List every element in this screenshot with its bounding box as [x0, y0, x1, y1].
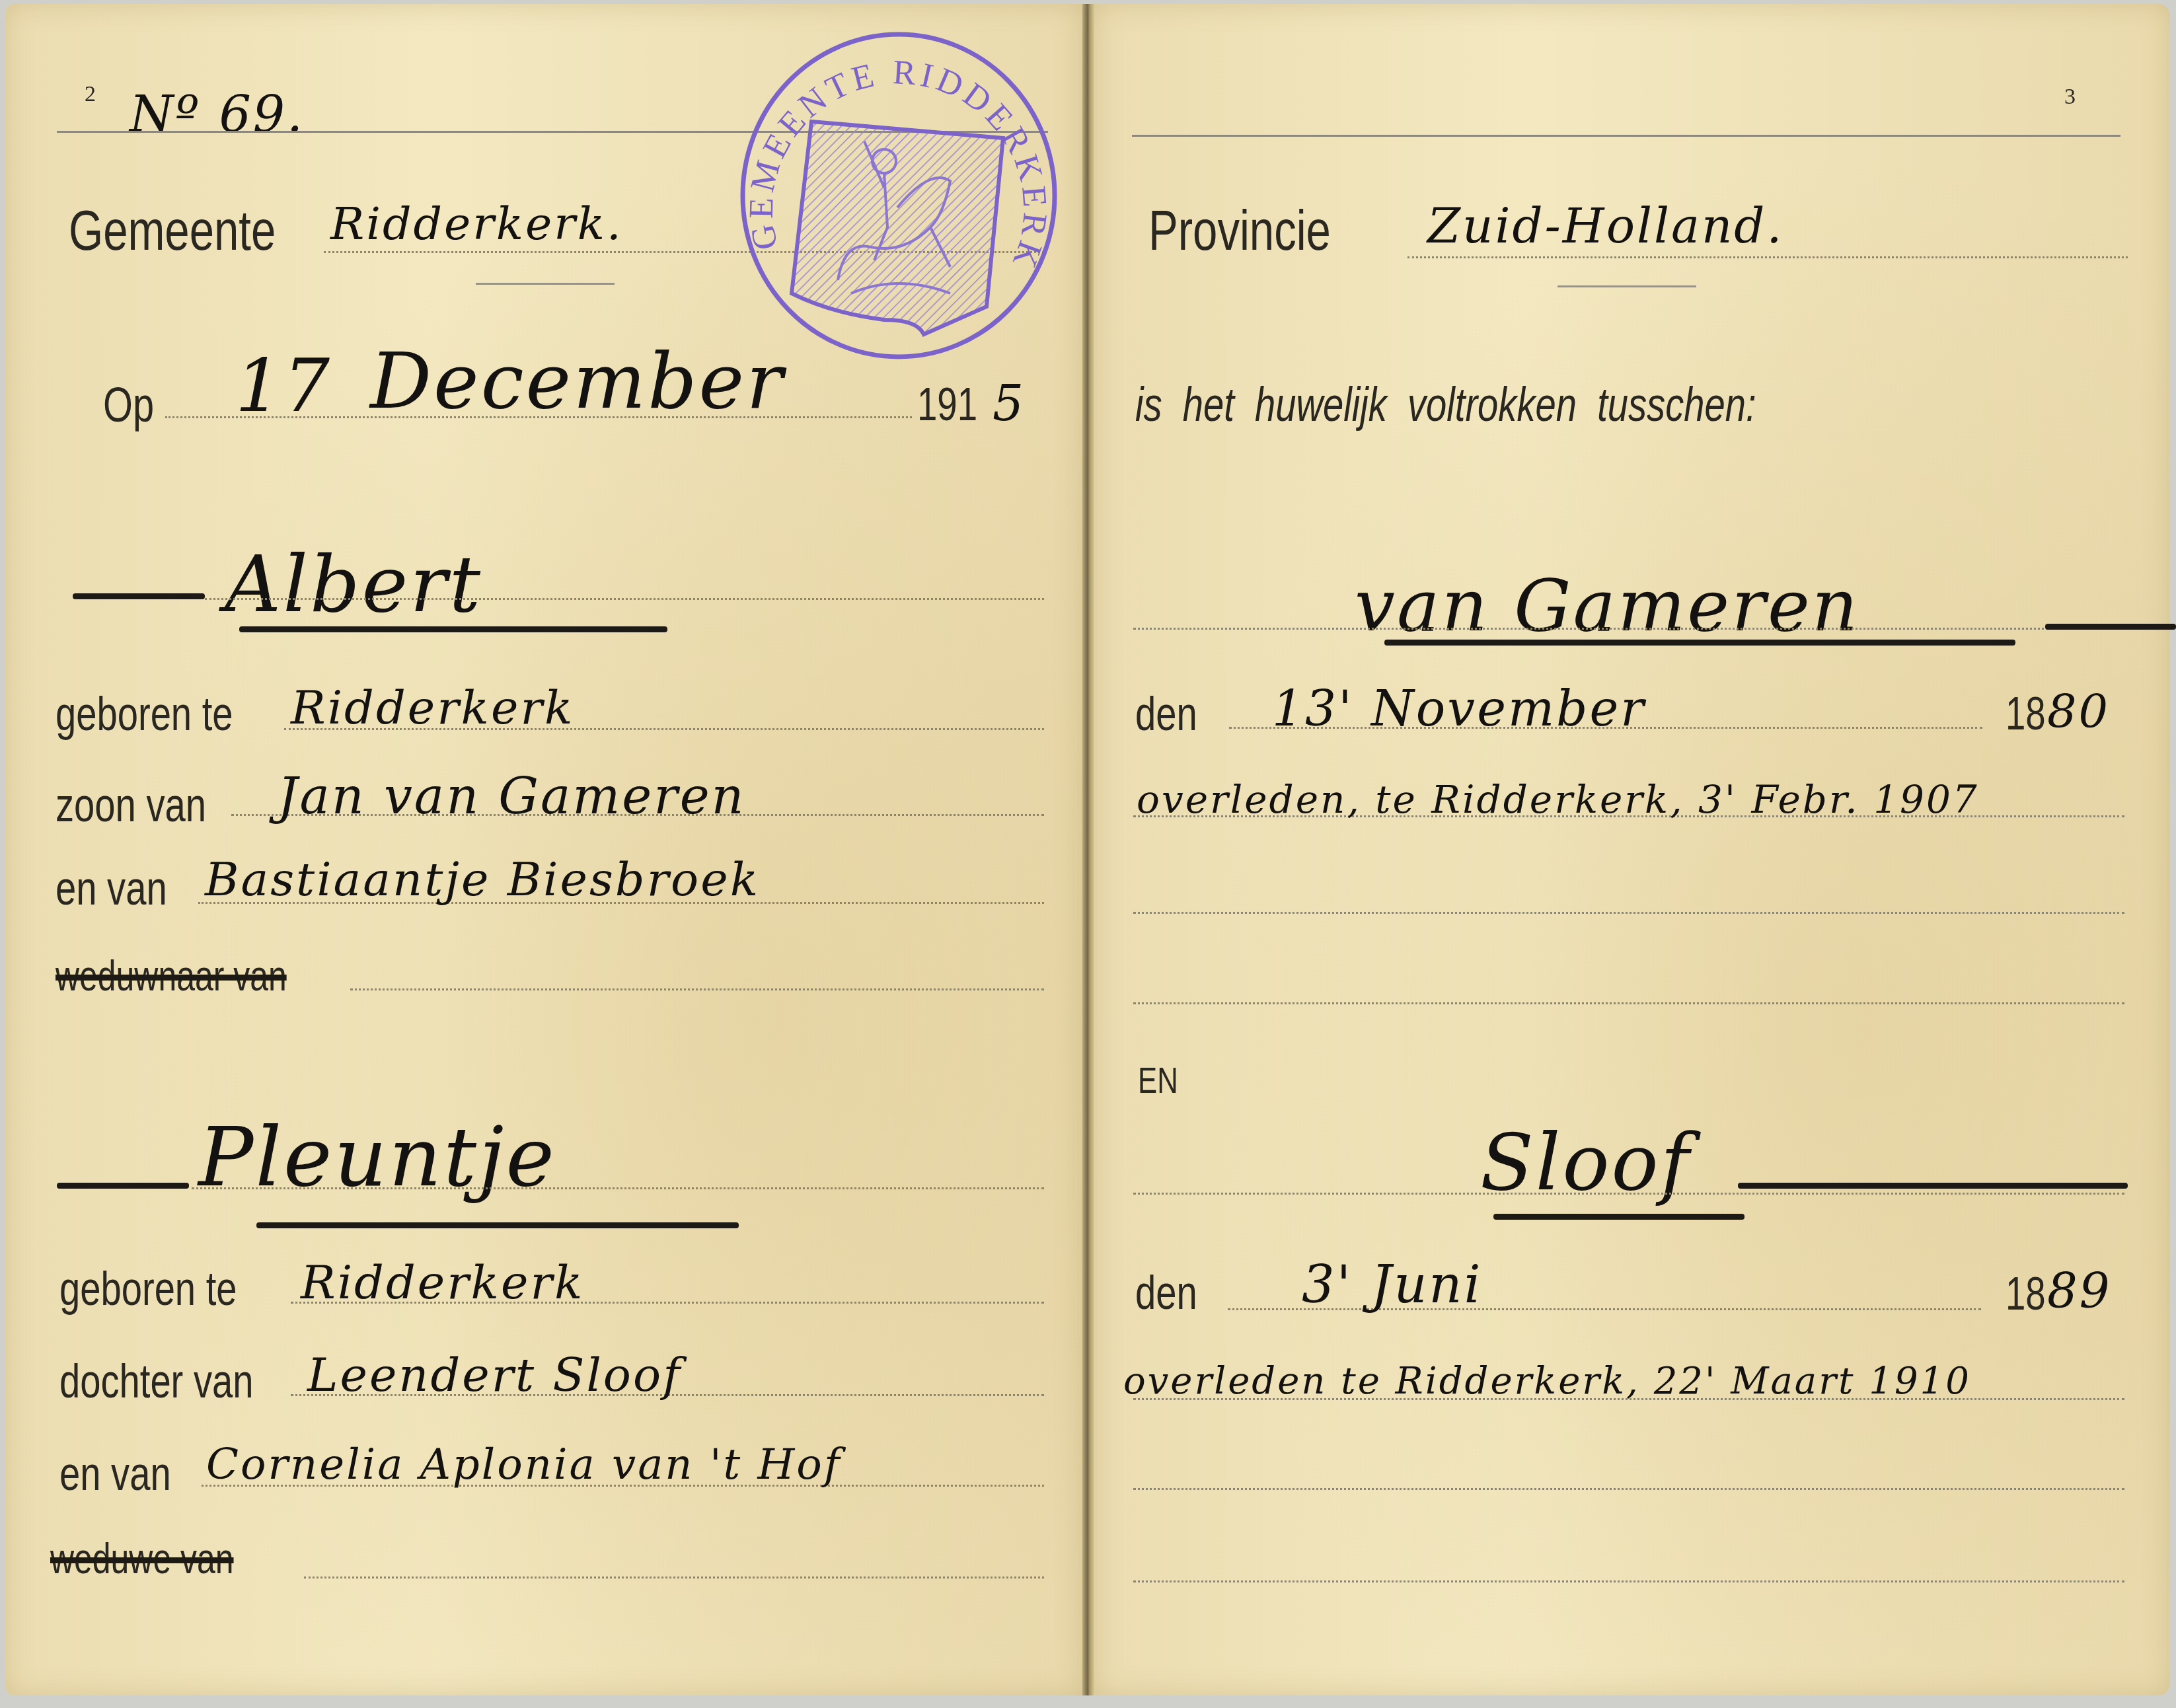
page-number-right: 3 — [2064, 85, 2076, 110]
bride-den-label: den — [1135, 1266, 1197, 1320]
date-year-printed: 191 — [917, 378, 977, 431]
bride-born-place: Ridderkerk — [301, 1255, 584, 1310]
municipal-seal-stamp: GEMEENTE RIDDERKERK — [732, 29, 1065, 362]
groom-born-place: Ridderkerk — [291, 681, 574, 735]
groom-mother: Bastiaantje Biesbroek — [205, 852, 760, 907]
bride-name-underline — [256, 1222, 739, 1228]
gemeente-label: Gemeente — [69, 198, 276, 264]
groom-father: Jan van Gameren — [278, 766, 746, 825]
bride-and-of-label: en van — [59, 1447, 171, 1501]
date-month: December — [370, 337, 785, 426]
bride-birth-year-handwritten: 89 — [2047, 1263, 2112, 1319]
groom-surname-underline — [1384, 640, 2015, 646]
bride-surname-flourish-right — [1738, 1183, 2128, 1189]
bride-widow-line — [304, 1577, 1044, 1578]
bride-daughter-of-label: dochter van — [59, 1355, 253, 1409]
provincie-label: Provincie — [1148, 198, 1331, 264]
marriage-statement: is het huwelijk voltrokken tusschen: — [1135, 378, 1756, 432]
bride-death-note: overleden te Ridderkerk, 22' Maart 1910 — [1123, 1360, 1971, 1403]
groom-name-line — [205, 598, 1044, 600]
gemeente-value: Ridderkerk. — [330, 198, 623, 250]
bride-birth-year-printed: 18 — [2006, 1267, 2046, 1320]
page-number-left: 2 — [85, 82, 96, 107]
groom-son-of-label: zoon van — [56, 778, 206, 833]
bride-given-name: Pleuntje — [198, 1110, 556, 1205]
groom-surname-line — [1133, 628, 2124, 630]
provincie-field-line — [1407, 256, 2128, 258]
groom-birth-year-handwritten: 80 — [2047, 685, 2110, 739]
bride-born-label: geboren te — [59, 1262, 237, 1316]
bride-mother: Cornelia Aplonia van 't Hof — [206, 1440, 842, 1489]
groom-given-name: Albert — [225, 538, 482, 630]
groom-widower-line — [350, 988, 1044, 990]
coat-of-arms-shield-icon — [792, 122, 1003, 334]
bride-surname-line — [1133, 1193, 2124, 1195]
groom-name-flourish-left — [73, 593, 205, 599]
bride-extra-line-2 — [1133, 1488, 2124, 1490]
bride-extra-line-3 — [1133, 1580, 2124, 1582]
groom-name-underline — [239, 626, 667, 632]
provincie-value: Zuid-Holland. — [1427, 198, 1783, 254]
divider-right — [1557, 285, 1696, 287]
groom-extra-line-2 — [1133, 912, 2124, 914]
groom-birth-date: 13' November — [1272, 681, 1646, 737]
bride-birth-date: 3' Juni — [1302, 1255, 1483, 1315]
groom-extra-line-3 — [1133, 1002, 2124, 1004]
groom-death-note: overleden, te Ridderkerk, 3' Febr. 1907 — [1137, 777, 1979, 822]
divider-left — [476, 283, 615, 285]
record-number: Nº 69. — [130, 85, 305, 143]
groom-born-label: geboren te — [56, 687, 233, 741]
groom-and-of-label: en van — [56, 862, 167, 916]
groom-surname-flourish-right — [2045, 624, 2176, 630]
date-year-handwritten: 5 — [993, 375, 1026, 432]
book-spine — [1082, 4, 1094, 1695]
groom-den-label: den — [1135, 687, 1197, 741]
date-day: 17 — [235, 344, 332, 428]
en-label: EN — [1138, 1058, 1178, 1101]
groom-birth-year-printed: 18 — [2006, 687, 2046, 740]
groom-widower-label-struck: weduwnaar van — [56, 951, 287, 1000]
bride-father: Leendert Sloof — [307, 1348, 682, 1402]
groom-surname: van Gameren — [1355, 565, 1859, 648]
bride-name-flourish-left — [57, 1183, 189, 1189]
date-prefix: Op — [103, 377, 154, 433]
bride-widow-label-struck: weduwe van — [50, 1534, 234, 1583]
bride-name-line — [192, 1187, 1044, 1189]
header-rule-right — [1132, 135, 2120, 137]
bride-surname-underline — [1493, 1214, 1745, 1220]
